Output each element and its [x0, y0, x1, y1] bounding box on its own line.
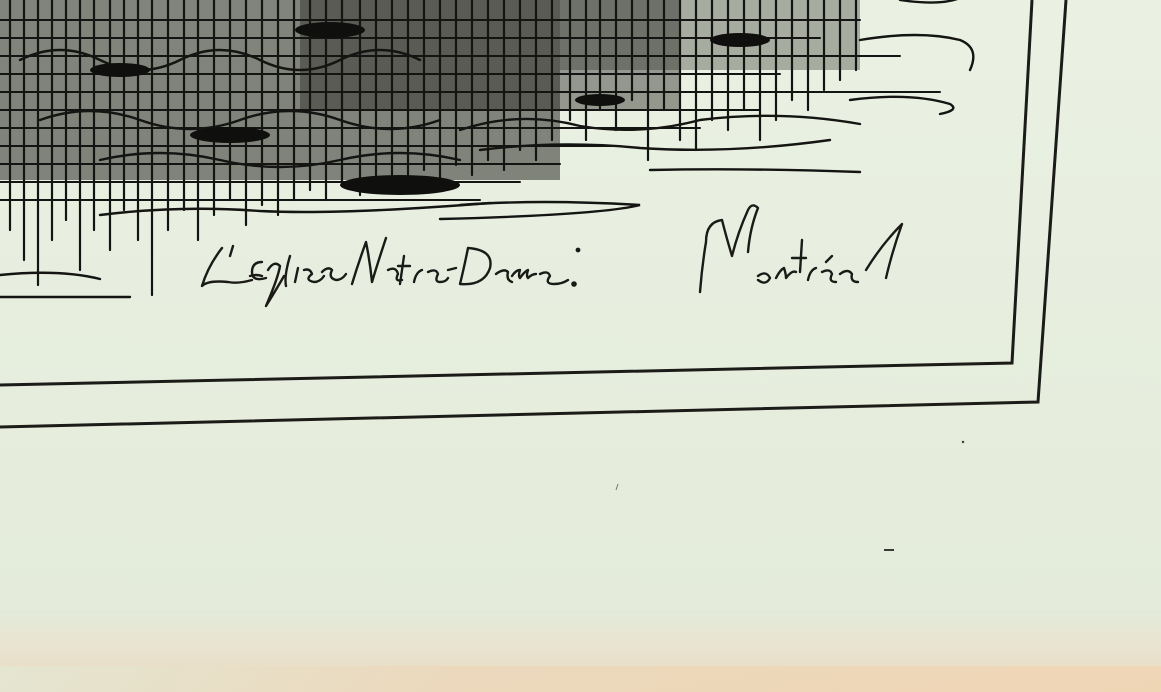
ink-drawing	[0, 0, 1161, 692]
mat-specks	[616, 441, 964, 551]
